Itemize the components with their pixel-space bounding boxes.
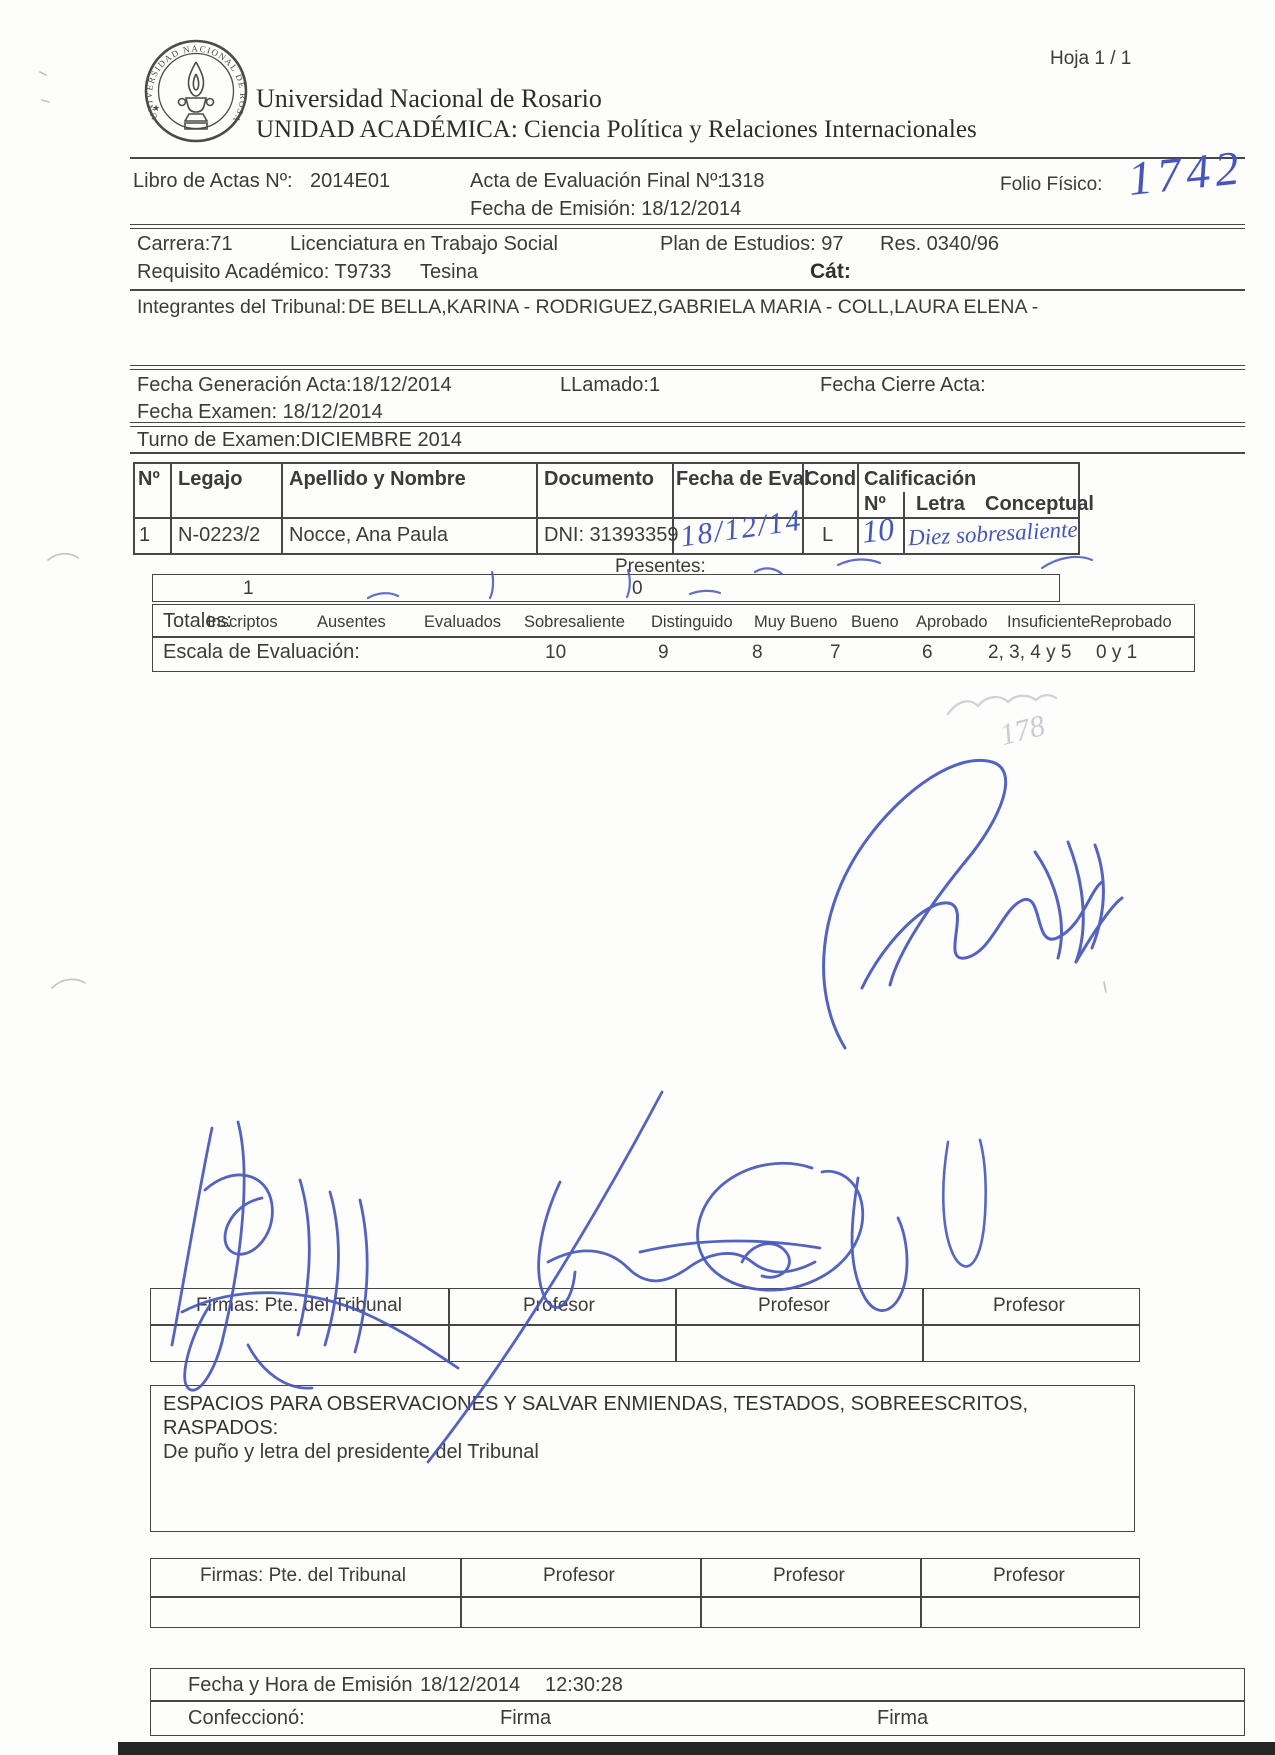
presentes-valor-2: 0 [632,578,643,600]
pie-emision-fecha: 18/12/2014 [420,1674,520,1697]
col-header-calificacion: Calificación [864,468,976,491]
col-header-legajo: Legajo [178,468,242,491]
firmas2-profesor-2: Profesor [543,1565,615,1587]
firmas2-pte-tribunal: Firmas: Pte. del Tribunal [200,1565,406,1587]
totales-col-muy-bueno: Muy Bueno [754,613,837,632]
scanned-acta-document: UNIVERSIDAD NACIONAL DE ROSARIO ★ Univer… [0,0,1275,1755]
escala-6: 6 [922,642,933,664]
col-header-cond: Cond [805,468,856,491]
firmas1-profesor-2: Profesor [523,1295,595,1317]
divider [130,224,1245,229]
totales-col-sobresaliente: Sobresaliente [524,613,625,632]
stray-stroke-ink [943,1140,985,1266]
pie-firma-2-label: Firma [877,1707,928,1730]
col-header-cal-letra: Letra [916,493,965,516]
folio-handwritten-value: 1742 [1125,140,1246,207]
escala-label: Escala de Evaluación: [163,641,360,664]
divider [130,422,1245,427]
escala-8: 8 [752,642,763,664]
observaciones-linea-3: De puño y letra del presidente del Tribu… [163,1441,539,1464]
acta-final-value: 1318 [720,170,765,193]
row-cond: L [822,524,833,547]
row-documento: DNI: 31393359 [544,524,679,547]
firmas2-profesor-4: Profesor [993,1565,1065,1587]
tribunal-integrantes: DE BELLA,KARINA - RODRIGUEZ,GABRIELA MAR… [348,296,1038,319]
requisito-nombre: Tesina [420,261,478,284]
totales-col-bueno: Bueno [851,613,899,632]
presentes-box [152,574,1060,602]
divider [130,365,1245,370]
torch-icon [179,62,214,129]
totales-col-inscriptos: Inscriptos [207,613,278,632]
firmas1-profesor-4: Profesor [993,1295,1065,1317]
escala-7: 7 [830,642,841,664]
university-seal-logo: UNIVERSIDAD NACIONAL DE ROSARIO ★ [143,38,249,144]
totales-col-distinguido: Distinguido [651,613,733,632]
totales-col-ausentes: Ausentes [317,613,386,632]
row-nro: 1 [139,524,150,547]
libro-actas-value: 2014E01 [310,170,390,193]
llamado: LLamado:1 [560,374,660,397]
divider [130,289,1245,291]
observaciones-linea-2: RASPADOS: [163,1417,278,1440]
tribunal-label: Integrantes del Tribunal: [137,296,346,319]
carrera-nombre: Licenciatura en Trabajo Social [290,233,558,256]
folio-fisico-label: Folio Físico: [1000,174,1102,196]
university-name: Universidad Nacional de Rosario [256,84,602,114]
pencil-note-handwritten: 178 [997,709,1049,753]
page-number: Hoja 1 / 1 [1050,48,1131,70]
resolucion: Res. 0340/96 [880,233,999,256]
fecha-generacion: Fecha Generación Acta:18/12/2014 [137,374,452,397]
col-header-apellido: Apellido y Nombre [289,468,466,491]
col-header-cal-conceptual: Conceptual [985,493,1094,516]
catedra-label: Cát: [810,260,851,284]
firmas2-profesor-3: Profesor [773,1565,845,1587]
seal-star-icon: ★ [152,103,160,113]
carrera-codigo: Carrera:71 [137,233,233,256]
acta-final-label: Acta de Evaluación Final Nº: [470,170,723,193]
academic-unit: UNIDAD ACADÉMICA: Ciencia Política y Rel… [256,116,977,144]
row-calificacion-nro-handwritten: 10 [860,510,896,550]
divider [130,157,1245,159]
large-signature-ink [824,760,1122,1048]
escala-10: 10 [545,642,566,664]
turno-examen: Turno de Examen:DICIEMBRE 2014 [137,429,462,452]
fecha-cierre: Fecha Cierre Acta: [820,374,986,397]
col-header-fecha-eval: Fecha de Eval [676,468,809,491]
totales-col-aprobado: Aprobado [916,613,988,632]
divider [130,452,1245,454]
pie-emision-label: Fecha y Hora de Emisión [188,1674,413,1697]
scan-edge-strip [118,1742,1275,1755]
row-legajo: N-0223/2 [178,524,260,547]
requisito-academico: Requisito Académico: T9733 [137,261,391,284]
fecha-emision: Fecha de Emisión: 18/12/2014 [470,198,741,221]
escala-reprobado: 0 y 1 [1096,642,1137,664]
escala-9: 9 [658,642,669,664]
totales-col-evaluados: Evaluados [424,613,501,632]
plan-estudios: Plan de Estudios: 97 [660,233,843,256]
col-header-documento: Documento [544,468,654,491]
pie-firma-1-label: Firma [500,1707,551,1730]
totales-col-reprobado: Reprobado [1090,613,1172,632]
col-header-nro: Nº [138,468,160,491]
firmas1-pte-tribunal: Firmas: Pte. del Tribunal [196,1295,402,1317]
escala-insuficiente: 2, 3, 4 y 5 [988,642,1071,664]
observaciones-linea-1: ESPACIOS PARA OBSERVACIONES Y SALVAR ENM… [163,1393,1028,1416]
row-apellido: Nocce, Ana Paula [289,524,448,547]
pie-confecciono-label: Confeccionó: [188,1707,305,1730]
fecha-examen: Fecha Examen: 18/12/2014 [137,401,383,424]
presentes-valor-1: 1 [243,578,254,600]
libro-actas-label: Libro de Actas Nº: [133,170,293,193]
firmas1-profesor-3: Profesor [758,1295,830,1317]
pie-emision-hora: 12:30:28 [545,1674,623,1697]
totales-col-insuficiente: Insuficiente [1007,613,1090,632]
